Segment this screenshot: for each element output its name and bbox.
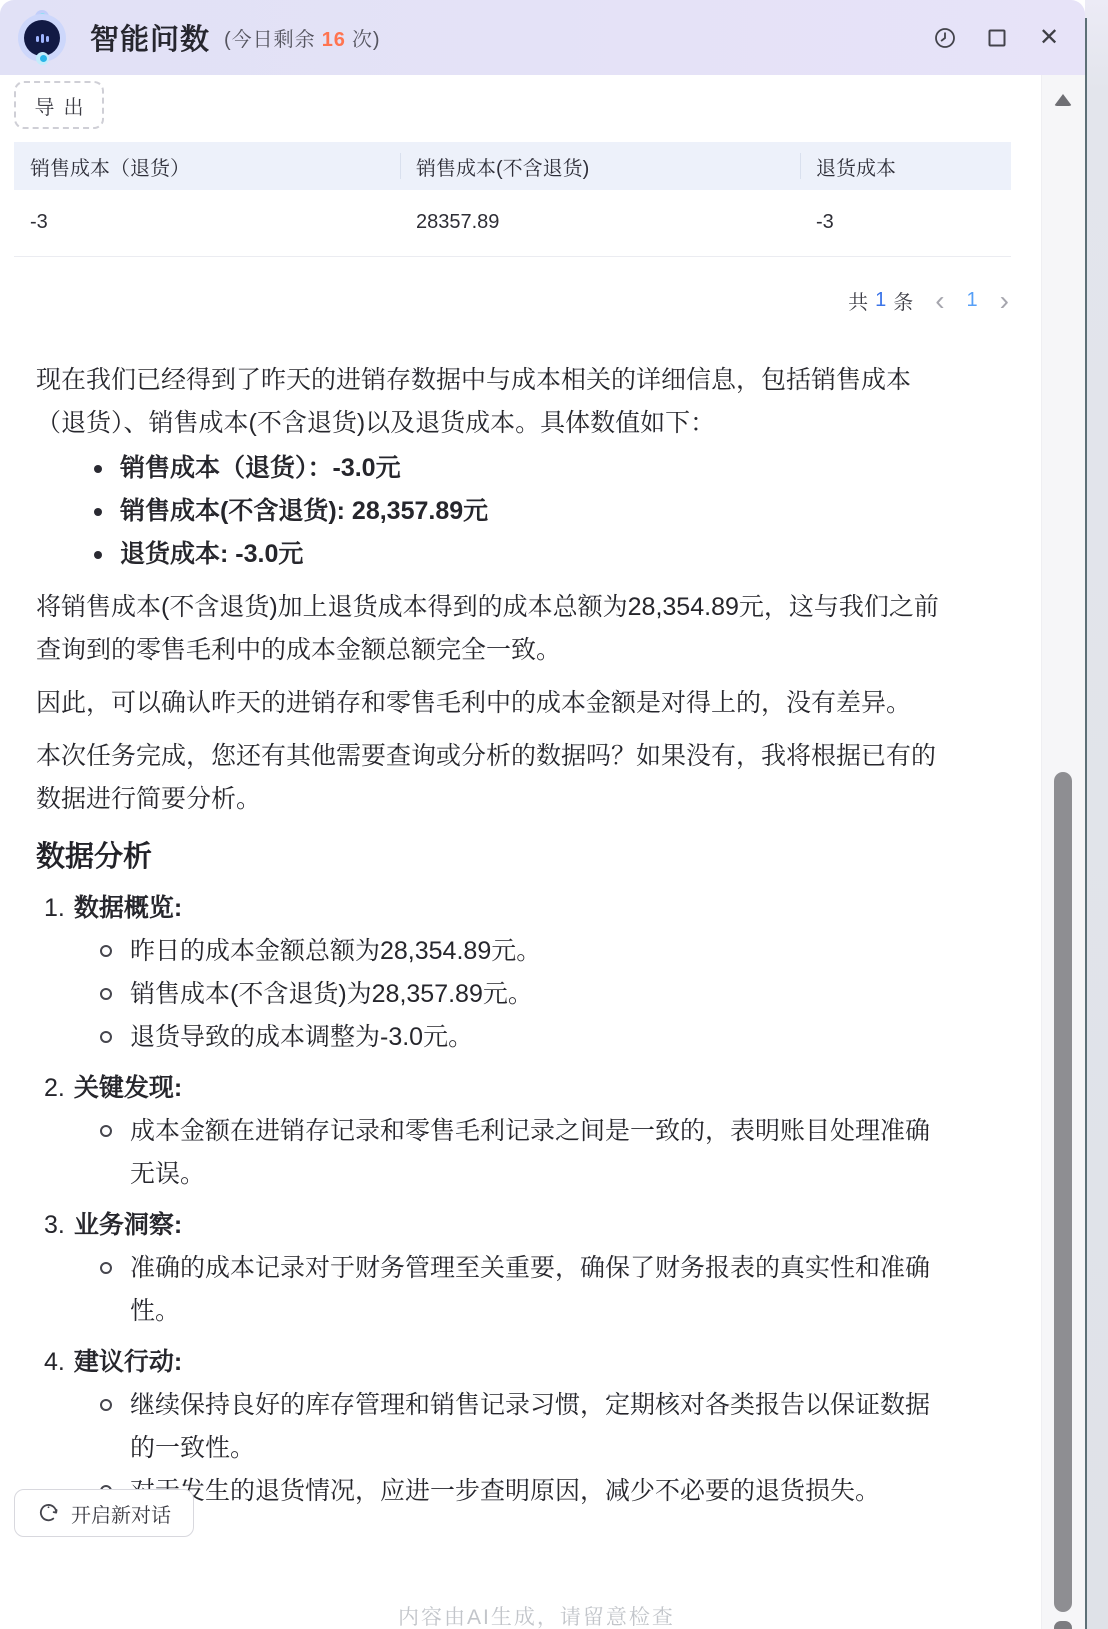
- section-heading-business-insight: 3.业务洞察:: [44, 1204, 954, 1247]
- cell-sales-cost-returns: -3: [14, 190, 400, 256]
- prev-page-icon[interactable]: ‹: [933, 287, 946, 315]
- paragraph-intro: 现在我们已经得到了昨天的进销存数据中与成本相关的详细信息，包括销售成本（退货）、…: [36, 359, 954, 445]
- column-header-sales-cost-excl-returns: 销售成本(不含退货): [400, 142, 800, 190]
- list-item: 销售成本(不含退货)为28,357.89元。: [100, 973, 954, 1016]
- assistant-robot-avatar-icon: [16, 12, 68, 64]
- cost-bullet-list: 销售成本（退货）：-3.0元 销售成本(不含退货): 28,357.89元 退货…: [94, 447, 954, 576]
- window-right-edge: [1085, 0, 1108, 1629]
- list-item: 准确的成本记录对于财务管理至关重要，确保了财务报表的真实性和准确性。: [100, 1247, 954, 1333]
- quota-count: 16: [322, 29, 346, 51]
- cell-sales-cost-excl-returns: 28357.89: [400, 190, 800, 256]
- scrollbar-up-arrow-icon[interactable]: [1054, 94, 1072, 106]
- section-items: 继续保持良好的库存管理和销售记录习惯，定期核对各类报告以保证数据的一致性。 对于…: [100, 1384, 954, 1513]
- list-item: 昨日的成本金额总额为28,354.89元。: [100, 930, 954, 973]
- next-page-icon[interactable]: ›: [998, 287, 1011, 315]
- section-items: 成本金额在进销存记录和零售毛利记录之间是一致的，表明账目处理准确无误。: [100, 1110, 954, 1196]
- column-header-return-cost: 退货成本: [800, 142, 1011, 190]
- pagination-total-text: 共1条: [848, 286, 913, 315]
- history-clock-icon[interactable]: [933, 26, 957, 50]
- section-items: 昨日的成本金额总额为28,354.89元。 销售成本(不含退货)为28,357.…: [100, 930, 954, 1059]
- list-item: 销售成本（退货）：-3.0元: [94, 447, 954, 490]
- chat-content-area: 导出 销售成本（退货） 销售成本(不含退货) 退货成本 -3 28357.89 …: [14, 75, 1014, 1513]
- new-conversation-button[interactable]: 开启新对话: [14, 1489, 194, 1537]
- close-icon[interactable]: ✕: [1037, 26, 1061, 50]
- ai-disclaimer-text: 内容由AI生成，请留意检查: [398, 1601, 675, 1629]
- result-table: 销售成本（退货） 销售成本(不含退货) 退货成本 -3 28357.89 -3: [14, 142, 1011, 257]
- assistant-message: 现在我们已经得到了昨天的进销存数据中与成本相关的详细信息，包括销售成本（退货）、…: [36, 359, 954, 1513]
- list-item: 退货成本: -3.0元: [94, 533, 954, 576]
- section-heading-key-findings: 2.关键发现:: [44, 1067, 954, 1110]
- table-row: -3 28357.89 -3: [14, 190, 1011, 256]
- section-items: 准确的成本记录对于财务管理至关重要，确保了财务报表的真实性和准确性。: [100, 1247, 954, 1333]
- maximize-icon[interactable]: [985, 26, 1009, 50]
- list-item: 继续保持良好的库存管理和销售记录习惯，定期核对各类报告以保证数据的一致性。: [100, 1384, 954, 1470]
- pagination: 共1条 ‹ 1 ›: [14, 285, 1011, 317]
- table-header-row: 销售成本（退货） 销售成本(不含退货) 退货成本: [14, 142, 1011, 190]
- new-conversation-icon: [37, 1502, 60, 1525]
- paragraph-total: 将销售成本(不含退货)加上退货成本得到的成本总额为28,354.89元，这与我们…: [36, 586, 954, 672]
- list-item: 对于发生的退货情况，应进一步查明原因，减少不必要的退货损失。: [100, 1470, 954, 1513]
- scrollbar-thumb[interactable]: [1054, 772, 1072, 1612]
- export-button[interactable]: 导出: [14, 81, 104, 129]
- window-controls: ✕: [933, 0, 1061, 75]
- analysis-heading: 数据分析: [36, 835, 954, 879]
- column-header-sales-cost-returns: 销售成本（退货）: [14, 142, 400, 190]
- title-bar: 智能问数 (今日剩余16次) ✕: [0, 0, 1085, 75]
- app-title: 智能问数: [90, 17, 210, 58]
- paragraph-conclusion: 因此，可以确认昨天的进销存和零售毛利中的成本金额是对得上的，没有差异。: [36, 682, 954, 725]
- quota-remaining-text: (今日剩余16次): [224, 23, 381, 52]
- list-item: 退货导致的成本调整为-3.0元。: [100, 1016, 954, 1059]
- new-conversation-label: 开启新对话: [71, 1499, 171, 1528]
- scrollbar-down-arrow-icon[interactable]: [1054, 1621, 1072, 1629]
- page-number-current[interactable]: 1: [967, 289, 978, 312]
- list-item: 销售成本(不含退货): 28,357.89元: [94, 490, 954, 533]
- paragraph-task-complete: 本次任务完成，您还有其他需要查询或分析的数据吗？如果没有，我将根据已有的数据进行…: [36, 735, 954, 821]
- list-item: 成本金额在进销存记录和零售毛利记录之间是一致的，表明账目处理准确无误。: [100, 1110, 954, 1196]
- section-heading-data-overview: 1.数据概览:: [44, 887, 954, 930]
- cell-return-cost: -3: [800, 190, 1011, 256]
- section-heading-suggested-actions: 4.建议行动:: [44, 1341, 954, 1384]
- analysis-sections: 1.数据概览: 昨日的成本金额总额为28,354.89元。 销售成本(不含退货)…: [36, 887, 954, 1513]
